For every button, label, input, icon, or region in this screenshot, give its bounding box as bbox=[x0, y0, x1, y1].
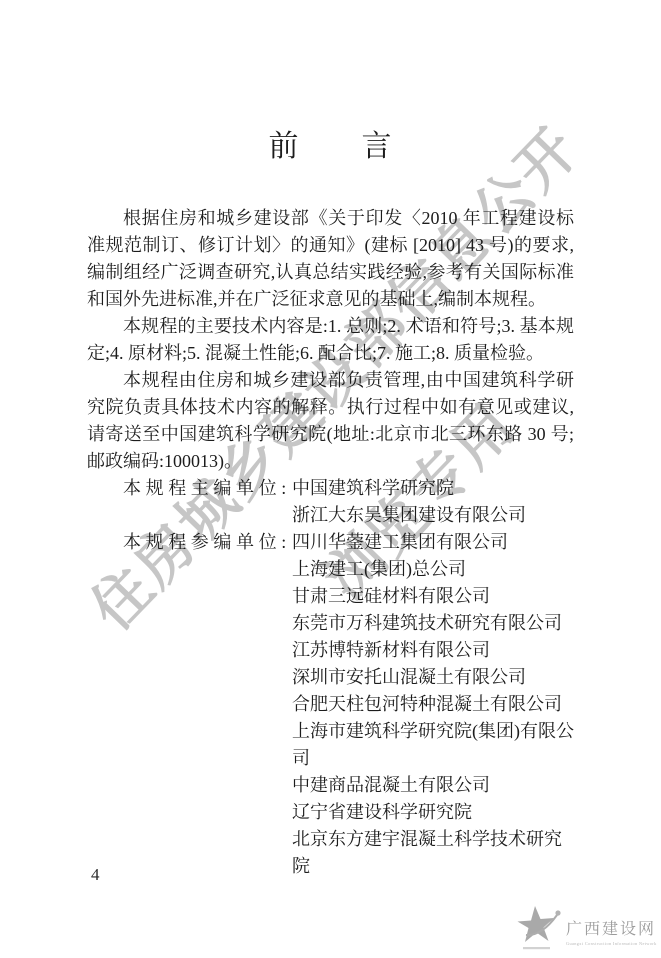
participating-editor-unit: 甘肃三远硅材料有限公司 bbox=[292, 583, 574, 610]
participating-editor-unit: 合肥天柱包河特种混凝土有限公司 bbox=[292, 691, 574, 718]
participating-editor-unit: 四川华蓥建工集团有限公司 bbox=[292, 529, 574, 556]
chief-editor-unit: 浙江大东吴集团建设有限公司 bbox=[292, 502, 574, 529]
participating-editor-row: 本规程参编单位: 四川华蓥建工集团有限公司上海建工(集团)总公司甘肃三远硅材料有… bbox=[123, 529, 574, 880]
site-logo-name: 广西建设网 bbox=[566, 920, 656, 940]
chief-editor-label: 本规程主编单位: bbox=[123, 475, 292, 502]
page-number: 4 bbox=[91, 864, 100, 886]
participating-editor-unit: 上海建工(集团)总公司 bbox=[292, 556, 574, 583]
chief-editor-row: 本规程主编单位: 中国建筑科学研究院浙江大东吴集团建设有限公司 bbox=[123, 475, 574, 529]
text-column: 前 言 根据住房和城乡建设部《关于印发〈2010 年工程建设标准规范制订、修订计… bbox=[87, 130, 574, 880]
document-page: 住房城乡建设部信息公开 浏览专用 前 言 根据住房和城乡建设部《关于印发〈201… bbox=[0, 0, 661, 958]
preface-paragraph: 本规程由住房和城乡建设部负责管理,由中国建筑科学研究院负责具体技术内容的解释。执… bbox=[87, 367, 574, 475]
participating-editor-unit: 深圳市安托山混凝土有限公司 bbox=[292, 664, 574, 691]
site-logo: 广西建设网 Guangxi Construction Information N… bbox=[514, 898, 659, 956]
shooting-star-icon bbox=[514, 900, 564, 958]
preface-paragraphs: 根据住房和城乡建设部《关于印发〈2010 年工程建设标准规范制订、修订计划〉的通… bbox=[87, 205, 574, 475]
site-logo-tagline: Guangxi Construction Information Network bbox=[566, 941, 657, 946]
page-title: 前 言 bbox=[87, 130, 574, 163]
participating-editor-unit: 江苏博特新材料有限公司 bbox=[292, 637, 574, 664]
chief-editor-unit: 中国建筑科学研究院 bbox=[292, 475, 574, 502]
participating-editor-unit: 中建商品混凝土有限公司 bbox=[292, 772, 574, 799]
participating-editor-unit: 上海市建筑科学研究院(集团)有限公司 bbox=[292, 718, 574, 772]
chief-editor-unit-list: 中国建筑科学研究院浙江大东吴集团建设有限公司 bbox=[292, 475, 574, 529]
participating-editor-unit: 辽宁省建设科学研究院 bbox=[292, 799, 574, 826]
participating-editor-unit: 东莞市万科建筑技术研究有限公司 bbox=[292, 610, 574, 637]
preface-paragraph: 本规程的主要技术内容是:1. 总则;2. 术语和符号;3. 基本规定;4. 原材… bbox=[87, 313, 574, 367]
editor-units-section: 本规程主编单位: 中国建筑科学研究院浙江大东吴集团建设有限公司 本规程参编单位:… bbox=[123, 475, 574, 880]
preface-paragraph: 根据住房和城乡建设部《关于印发〈2010 年工程建设标准规范制订、修订计划〉的通… bbox=[87, 205, 574, 313]
participating-editor-label: 本规程参编单位: bbox=[123, 529, 292, 556]
participating-editor-unit: 北京东方建宇混凝土科学技术研究院 bbox=[292, 826, 574, 880]
participating-editor-unit-list: 四川华蓥建工集团有限公司上海建工(集团)总公司甘肃三远硅材料有限公司东莞市万科建… bbox=[292, 529, 574, 880]
